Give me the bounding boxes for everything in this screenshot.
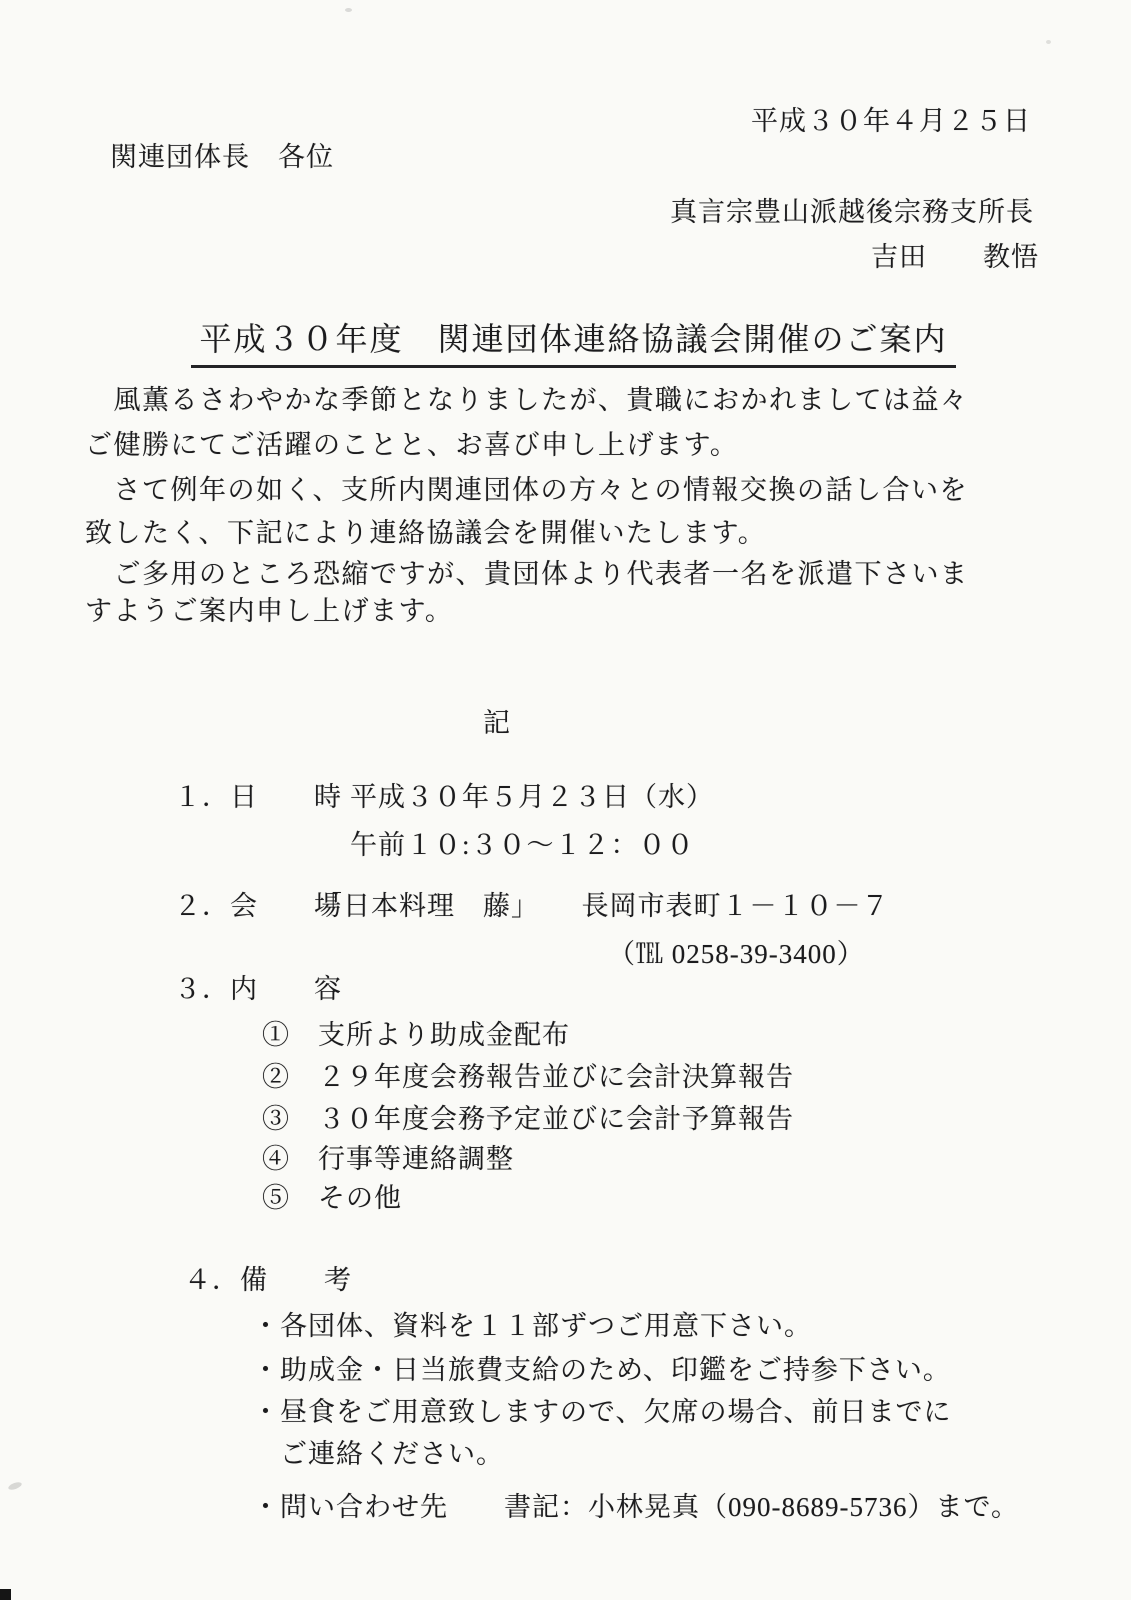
body-line: ご健勝にてご活躍のことと、お喜び申し上げます。 — [85, 428, 738, 462]
agenda-item: ① 支所より助成金配布 — [262, 1018, 570, 1052]
sender-name-line: 吉田 教悟 — [871, 240, 1039, 274]
scanned-letter-page: 平成３０年４月２５日 関連団体長 各位 真言宗豊山派越後宗務支所長 吉田 教悟 … — [0, 0, 1131, 1600]
body-line: さて例年の如く、支所内関連団体の方々との情報交換の話し合いを — [85, 473, 968, 507]
body-line: ご多用のところ恐縮ですが、貴団体より代表者一名を派遣下さいま — [85, 557, 969, 591]
document-title: 平成３０年度 関連団体連絡協議会開催のご案内 — [0, 302, 1131, 386]
agenda-item: ③ ３０年度会務予定並びに会計予算報告 — [262, 1102, 794, 1136]
notes-bullet: ご連絡ください。 — [252, 1437, 504, 1471]
sender-title-line: 真言宗豊山派越後宗務支所長 — [670, 195, 1034, 229]
section-datetime-heading: １．日 時 — [174, 780, 342, 814]
body-line: 風薫るさわやかな季節となりましたが、貴職におかれましては益々 — [85, 383, 969, 417]
section-venue-value: 「日本料理 藤」 長岡市表町１－１０－７ — [315, 889, 890, 923]
body-line: すようご案内申し上げます。 — [85, 594, 453, 628]
section-venue-tel: （℡ 0258-39-3400） — [608, 937, 865, 971]
scan-artifact-corner-mark — [0, 1589, 11, 1600]
section-agenda-heading: ３．内 容 — [174, 972, 342, 1006]
notes-bullet: ・問い合わせ先 書記：小林晃真（090-8689-5736）まで。 — [252, 1490, 1019, 1524]
document-title-text: 平成３０年度 関連団体連絡協議会開催のご案内 — [191, 320, 955, 368]
agenda-item: ⑤ その他 — [262, 1181, 402, 1215]
body-line: 致したく、下記により連絡協議会を開催いたします。 — [85, 516, 766, 550]
agenda-item: ② ２９年度会務報告並びに会計決算報告 — [262, 1060, 794, 1094]
addressee-line: 関連団体長 各位 — [110, 140, 334, 174]
record-marker: 記 — [483, 706, 511, 740]
date-line: 平成３０年４月２５日 — [751, 104, 1031, 138]
notes-bullet: ・昼食をご用意致しますので、欠席の場合、前日までに — [252, 1395, 951, 1429]
section-datetime-value: 平成３０年５月２３日（水） — [350, 780, 714, 814]
scan-artifact-speck — [1046, 40, 1051, 44]
scan-artifact-speck — [345, 8, 352, 12]
scan-artifact-smudge — [7, 1481, 22, 1491]
agenda-item: ④ 行事等連絡調整 — [262, 1142, 514, 1176]
notes-bullet: ・各団体、資料を１１部ずつご用意下さい。 — [252, 1309, 812, 1343]
section-datetime-time: 午前１０:３０～１２：００ — [350, 828, 695, 862]
section-notes-heading: ４．備 考 — [184, 1263, 352, 1297]
notes-bullet: ・助成金・日当旅費支給のため、印鑑をご持参下さい。 — [252, 1353, 951, 1387]
